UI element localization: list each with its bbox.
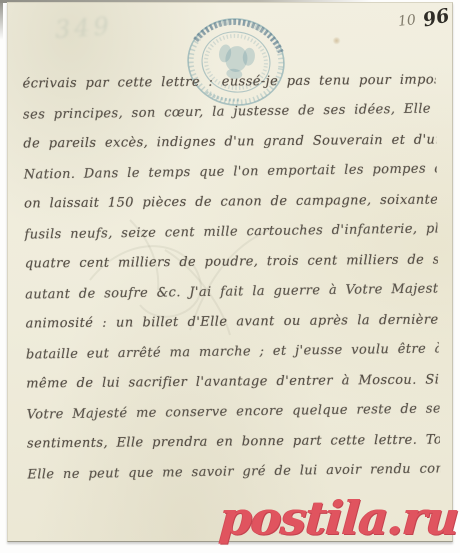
page-number-pencil: 10 (397, 12, 416, 30)
manuscript-text: écrivais par cette lettre : eussé-je pas… (22, 65, 440, 490)
manuscript-line: Elle ne peut que me savoir gré de lui av… (27, 454, 440, 490)
scan-edge-left (0, 0, 3, 40)
scanned-letter-page: 349 10 96 écrivais par cette (0, 0, 460, 553)
bleed-through-mark: 349 (54, 12, 114, 44)
watermark: postila.ru (218, 491, 460, 545)
